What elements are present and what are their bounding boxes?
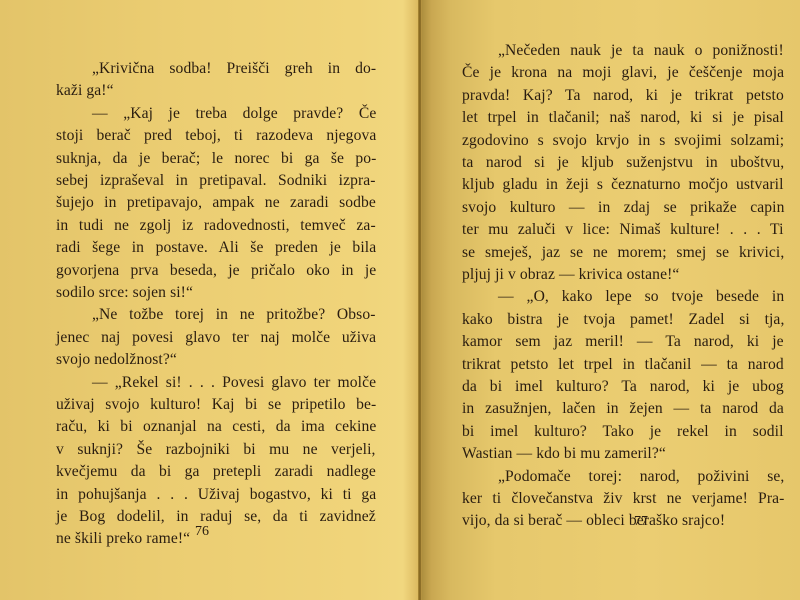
- text-line: „Nečeden nauk je ta nauk o ponižnosti!: [498, 42, 784, 60]
- text-line: v suknji? Še razbojniki bi mu ne verjeli…: [56, 441, 376, 459]
- text-line: kljub gladu in žeji s čeznaturno močjo u…: [462, 176, 784, 194]
- text-line: suknja, da je berač; le norec bi ga še p…: [56, 150, 376, 168]
- text-line: jenec naj povesi glavo ter naj molče uži…: [56, 329, 376, 347]
- text-line: trikrat petsto let trpel in tlačanil — t…: [462, 356, 784, 374]
- book-spread: „Krivična sodba! Preišči greh in do-kaži…: [0, 0, 800, 600]
- text-line: ker ti človečanstva živ krst ne verjame!…: [462, 490, 784, 508]
- text-line: — „O, kako lepe so tvoje besede in: [498, 288, 784, 306]
- text-line: „Podomače torej: narod, poživini se,: [498, 468, 784, 486]
- text-line: je Bog dodelil, in raduj se, da ti zavid…: [56, 508, 376, 526]
- text-line: svojo nedolžnost?“: [56, 351, 177, 369]
- text-line: bi imel kulturo? Tako je rekel in sodil: [462, 423, 784, 441]
- left-page: „Krivična sodba! Preišči greh in do-kaži…: [0, 0, 420, 600]
- text-line: svojo kulturo — in zdaj se prikaže capin: [462, 199, 784, 217]
- book-spine-gutter: [418, 0, 422, 600]
- text-line: šujejo in pretipavajo, ampak ne zaradi s…: [56, 194, 376, 212]
- text-line: uživaj svojo kulturo! Kaj bi se pripetil…: [56, 396, 376, 414]
- text-line: Wastian — kdo bi mu zameril?“: [462, 445, 666, 463]
- text-line: in tudi ne zgolj iz radovednosti, temveč…: [56, 217, 376, 235]
- text-line: kako bistra je tvoja pamet! Zadel si tja…: [462, 311, 784, 329]
- text-line: Če je krona na moji glavi, je češčenje m…: [462, 64, 784, 82]
- text-line: sodilo srce: sojen si!“: [56, 284, 193, 302]
- text-line: „Ne tožbe torej in ne pritožbe? Obso-: [92, 306, 376, 324]
- text-line: in zasužnjen, lačen in žejen — ta narod …: [462, 400, 784, 418]
- text-line: — „Kaj je treba dolge pravde? Če: [92, 105, 376, 123]
- left-page-number: 76: [195, 524, 209, 540]
- text-line: in pohujšanja . . . Uživaj bogastvo, ki …: [56, 486, 376, 504]
- text-line: radi šege in postave. Ali še preden je b…: [56, 239, 376, 257]
- text-line: sebej izpraševal in pretipaval. Sodniki …: [56, 172, 376, 190]
- text-line: let trpel in tlačanil; naš narod, ki si …: [462, 109, 784, 127]
- text-line: pravda! Kaj? Ta narod, ki je trikrat pet…: [462, 87, 784, 105]
- text-line: govorjena prva beseda, je pričalo oko in…: [56, 262, 376, 280]
- text-line: zgodovino s svojo krvjo in s svojimi sol…: [462, 132, 784, 150]
- text-line: da bi imel kulturo? Ta narod, ki je ubog: [462, 378, 784, 396]
- text-line: ter mu zaluči v lice: Nimaš kulture! . .…: [462, 221, 784, 239]
- text-line: stoji berač pred teboj, ti razodeva njeg…: [56, 127, 376, 145]
- text-line: raču, ki bi oznanjal na cesti, da ima ce…: [56, 418, 376, 436]
- text-line: vijo, da si berač — obleci beraško srajc…: [462, 512, 725, 530]
- text-line: kamor sem jaz meril! — Ta narod, ki je: [462, 333, 784, 351]
- text-line: — „Rekel si! . . . Povesi glavo ter molč…: [92, 374, 376, 392]
- text-line: ne škili preko rame!“: [56, 530, 190, 548]
- text-line: kaži ga!“: [56, 82, 114, 100]
- text-line: ta narod si je kljub suženjstvu in ubošt…: [462, 154, 784, 172]
- text-line: „Krivična sodba! Preišči greh in do-: [92, 60, 376, 78]
- text-line: pljuj ji v obraz — krivica ostane!“: [462, 266, 679, 284]
- text-line: se smeješ, jaz se ne morem; smej se kriv…: [462, 244, 784, 262]
- text-line: kvečjemu da bi ga pretepli zaradi nadleg…: [56, 463, 376, 481]
